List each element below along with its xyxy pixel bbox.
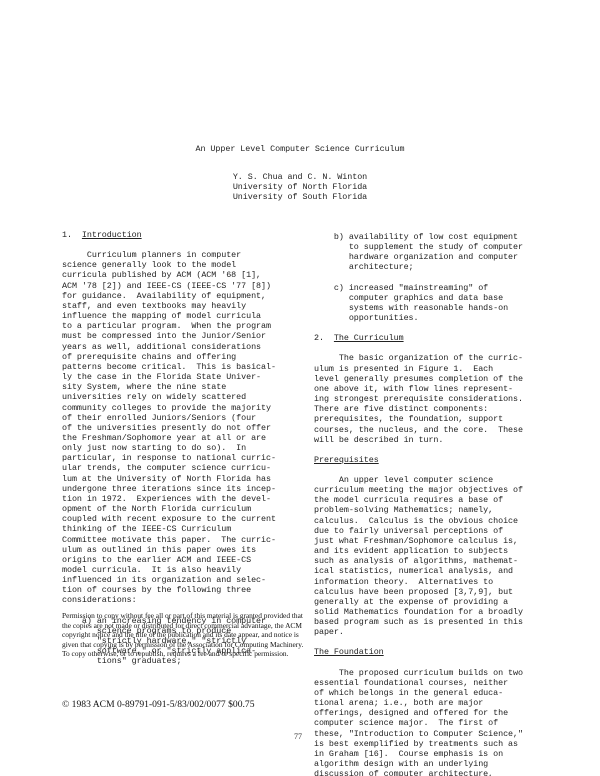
text-line: just what Freshman/Sophomore calculus is…: [314, 536, 566, 546]
authors: Y. S. Chua and C. N. Winton: [0, 172, 600, 182]
text-line: the Freshman/Sophomore year at all or ar…: [62, 433, 310, 443]
text-line: opportunities.: [314, 313, 566, 323]
prerequisites-paragraph: An upper level computer sciencecurriculu…: [314, 475, 566, 638]
text-line: such as analysis of algorithms, mathemat…: [314, 556, 566, 566]
text-line: ulum is presented in Figure 1. Each: [314, 364, 566, 374]
text-line: curricula published by ACM (ACM '68 [1],: [62, 270, 310, 280]
text-line: paper.: [314, 627, 566, 637]
text-line: There are five distinct components:: [314, 404, 566, 414]
text-line: computer science major. The first of: [314, 718, 566, 728]
text-line: influence the mapping of model curricula: [62, 311, 310, 321]
text-line: based program such as is presented in th…: [314, 617, 566, 627]
text-line: offerings, designed and offered for the: [314, 708, 566, 718]
text-line: calculus. Calculus is the obvious choice: [314, 516, 566, 526]
text-line: lum at the University of North Florida h…: [62, 474, 310, 484]
text-line: science generally look to the model: [62, 260, 310, 270]
text-line: coupled with recent exposure to the curr…: [62, 514, 310, 524]
text-line: courses, the nucleus, and the core. Thes…: [314, 425, 566, 435]
affiliation-1: University of North Florida: [0, 182, 600, 192]
text-line: calculus have been proposed [3,7,9], but: [314, 587, 566, 597]
text-line: generally at the expense of providing a: [314, 597, 566, 607]
text-line: will be described in turn.: [314, 435, 566, 445]
text-line: Curriculum planners in computer: [62, 250, 310, 260]
section-1-heading: 1. Introduction: [62, 230, 310, 240]
foundation-heading: The Foundation: [314, 647, 566, 657]
text-line: universities rely on widely scattered: [62, 392, 310, 402]
text-line: staff, and even textbooks may heavily: [62, 301, 310, 311]
text-line: information theory. Alternatives to: [314, 577, 566, 587]
text-line: An upper level computer science: [314, 475, 566, 485]
consideration-c: c) increased "mainstreaming" of computer…: [314, 283, 566, 324]
text-line: opment of the North Florida curriculum: [62, 504, 310, 514]
text-line: tion in 1972. Experiences with the devel…: [62, 494, 310, 504]
text-line: algorithm design with an underlying: [314, 759, 566, 769]
section-2-heading: 2. The Curriculum: [314, 333, 566, 343]
text-line: community colleges to provide the majori…: [62, 403, 310, 413]
text-line: problem-solving Mathematics; namely,: [314, 505, 566, 515]
text-line: computer graphics and data base: [314, 293, 566, 303]
text-line: architecture;: [314, 262, 566, 272]
text-line: curriculum meeting the major objectives …: [314, 485, 566, 495]
text-line: to supplement the study of computer: [314, 242, 566, 252]
prerequisites-heading: Prerequisites: [314, 455, 566, 465]
affiliation-2: University of South Florida: [0, 192, 600, 202]
text-line: undergone three iterations since its inc…: [62, 484, 310, 494]
introduction-paragraph: Curriculum planners in computerscience g…: [62, 250, 310, 605]
section-number: 2.: [314, 333, 324, 343]
text-line: must be compressed into the Junior/Senio…: [62, 331, 310, 341]
text-line: is best exemplified by treatments such a…: [314, 739, 566, 749]
section-number: 1.: [62, 230, 72, 240]
text-line: solid Mathematics foundation for a broad…: [314, 607, 566, 617]
text-line: hardware organization and computer: [314, 252, 566, 262]
text-line: sity System, where the nine state: [62, 382, 310, 392]
text-line: to a particular program. When the progra…: [62, 321, 310, 331]
text-line: years as well, additional considerations: [62, 342, 310, 352]
left-column: 1. Introduction Curriculum planners in c…: [62, 230, 310, 666]
text-line: b) availability of low cost equipment: [314, 232, 566, 242]
text-line: The proposed curriculum builds on two: [314, 668, 566, 678]
permission-notice: Permission to copy without fee all or pa…: [62, 611, 312, 659]
text-line: systems with reasonable hands-on: [314, 303, 566, 313]
text-line: for guidance. Availability of equipment,: [62, 291, 310, 301]
text-line: model curricula. It is also heavily: [62, 565, 310, 575]
text-line: ical statistics, numerical analysis, and: [314, 566, 566, 576]
text-line: essential foundational courses, neither: [314, 678, 566, 688]
paper-title: An Upper Level Computer Science Curricul…: [0, 144, 600, 154]
text-line: tional arena; i.e., both are major: [314, 698, 566, 708]
text-line: discussion of computer architecture,: [314, 769, 566, 776]
text-line: of the universities presently do not off…: [62, 423, 310, 433]
page-number: 77: [294, 732, 302, 741]
author-block: Y. S. Chua and C. N. Winton University o…: [0, 172, 600, 202]
text-line: origins to the earlier ACM and IEEE-CS: [62, 555, 310, 565]
text-line: Committee motivate this paper. The curri…: [62, 535, 310, 545]
text-line: ly the case in the Florida State Univer-: [62, 372, 310, 382]
text-line: in Graham [16]. Course emphasis is on: [314, 749, 566, 759]
text-line: of their enrolled Juniors/Seniors (four: [62, 413, 310, 423]
text-line: considerations:: [62, 595, 310, 605]
text-line: one above it, with flow lines represent-: [314, 384, 566, 394]
text-line: influenced in its organization and selec…: [62, 575, 310, 585]
text-line: prerequisites, the foundation, support: [314, 414, 566, 424]
foundation-paragraph: The proposed curriculum builds on twoess…: [314, 668, 566, 776]
copyright-line: © 1983 ACM 0-89791-091-5/83/002/0077 $00…: [62, 699, 255, 710]
text-line: particular, in response to national curr…: [62, 453, 310, 463]
text-line: ing strongest prerequisite consideration…: [314, 394, 566, 404]
section-title: Introduction: [82, 230, 142, 240]
curriculum-paragraph: The basic organization of the curric-ulu…: [314, 353, 566, 444]
section-title: The Curriculum: [334, 333, 404, 343]
text-line: these, "Introduction to Computer Science…: [314, 729, 566, 739]
text-line: ulum as outlined in this paper owes its: [62, 545, 310, 555]
text-line: patterns become critical. This is basica…: [62, 362, 310, 372]
text-line: ACM '78 [2]) and IEEE-CS (IEEE-CS '77 [8…: [62, 281, 310, 291]
text-line: due to fairly universal perceptions of: [314, 526, 566, 536]
consideration-b: b) availability of low cost equipment to…: [314, 232, 566, 273]
text-line: of which belongs in the general educa-: [314, 688, 566, 698]
text-line: ular trends, the computer science curric…: [62, 463, 310, 473]
text-line: thinking of the IEEE-CS Curriculum: [62, 524, 310, 534]
text-line: of prerequisite chains and offering: [62, 352, 310, 362]
text-line: the model curricula requires a base of: [314, 495, 566, 505]
text-line: and its evident application to subjects: [314, 546, 566, 556]
text-line: c) increased "mainstreaming" of: [314, 283, 566, 293]
text-line: level generally presumes completion of t…: [314, 374, 566, 384]
text-line: only just now starting to do so). In: [62, 443, 310, 453]
text-line: tion of courses by the following three: [62, 585, 310, 595]
right-column: b) availability of low cost equipment to…: [314, 232, 566, 776]
text-line: The basic organization of the curric-: [314, 353, 566, 363]
